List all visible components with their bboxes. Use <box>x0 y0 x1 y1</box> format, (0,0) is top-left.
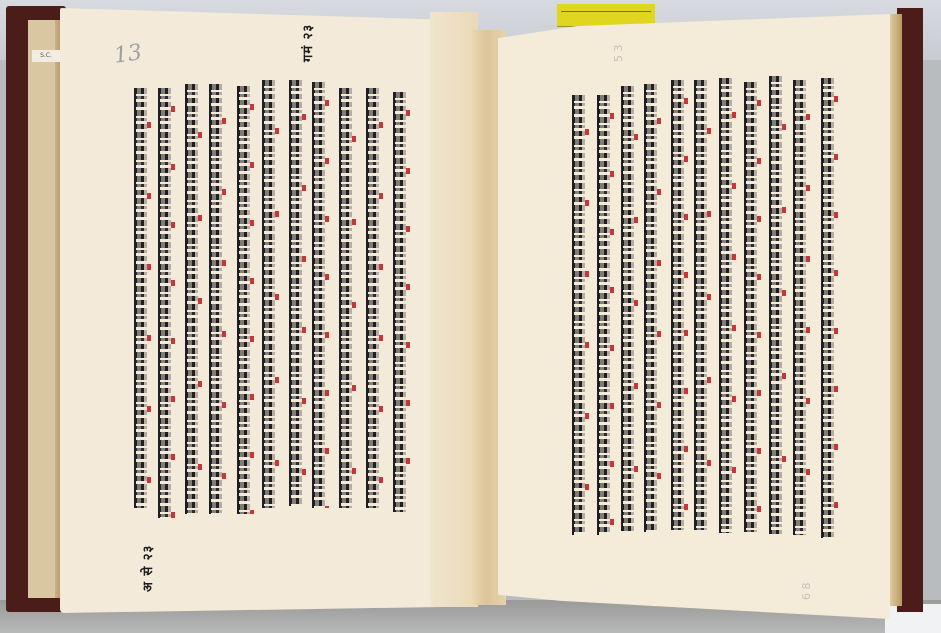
text-line <box>339 88 352 508</box>
text-line <box>393 92 406 512</box>
tab-line <box>561 11 651 12</box>
faint-bottom-marks: 6 8 <box>800 583 813 601</box>
text-line <box>134 88 147 508</box>
text-line <box>597 95 610 535</box>
shelf-label: S.C. <box>32 50 60 62</box>
text-line <box>209 84 222 514</box>
pencil-folio-number: 13 <box>112 40 143 69</box>
text-line <box>185 84 198 514</box>
text-line <box>366 88 379 508</box>
text-line <box>671 80 684 530</box>
text-line <box>769 76 782 534</box>
text-line <box>821 78 834 538</box>
text-line <box>289 80 302 506</box>
text-line <box>312 82 325 508</box>
text-line <box>237 86 250 514</box>
top-margin-note: गमं २३ <box>298 24 316 62</box>
bottom-margin-note: अ से २३ <box>138 545 156 592</box>
text-line <box>793 80 806 535</box>
right-page-edges <box>888 14 902 606</box>
text-line <box>644 84 657 532</box>
yellow-bookmark-tab <box>557 4 655 27</box>
text-line <box>744 82 757 532</box>
text-line <box>694 80 707 530</box>
text-line <box>621 86 634 531</box>
text-line <box>572 95 585 535</box>
text-line <box>262 80 275 508</box>
text-line <box>158 88 171 518</box>
text-line <box>719 78 732 533</box>
faint-top-marks: 5 3 <box>612 45 625 63</box>
